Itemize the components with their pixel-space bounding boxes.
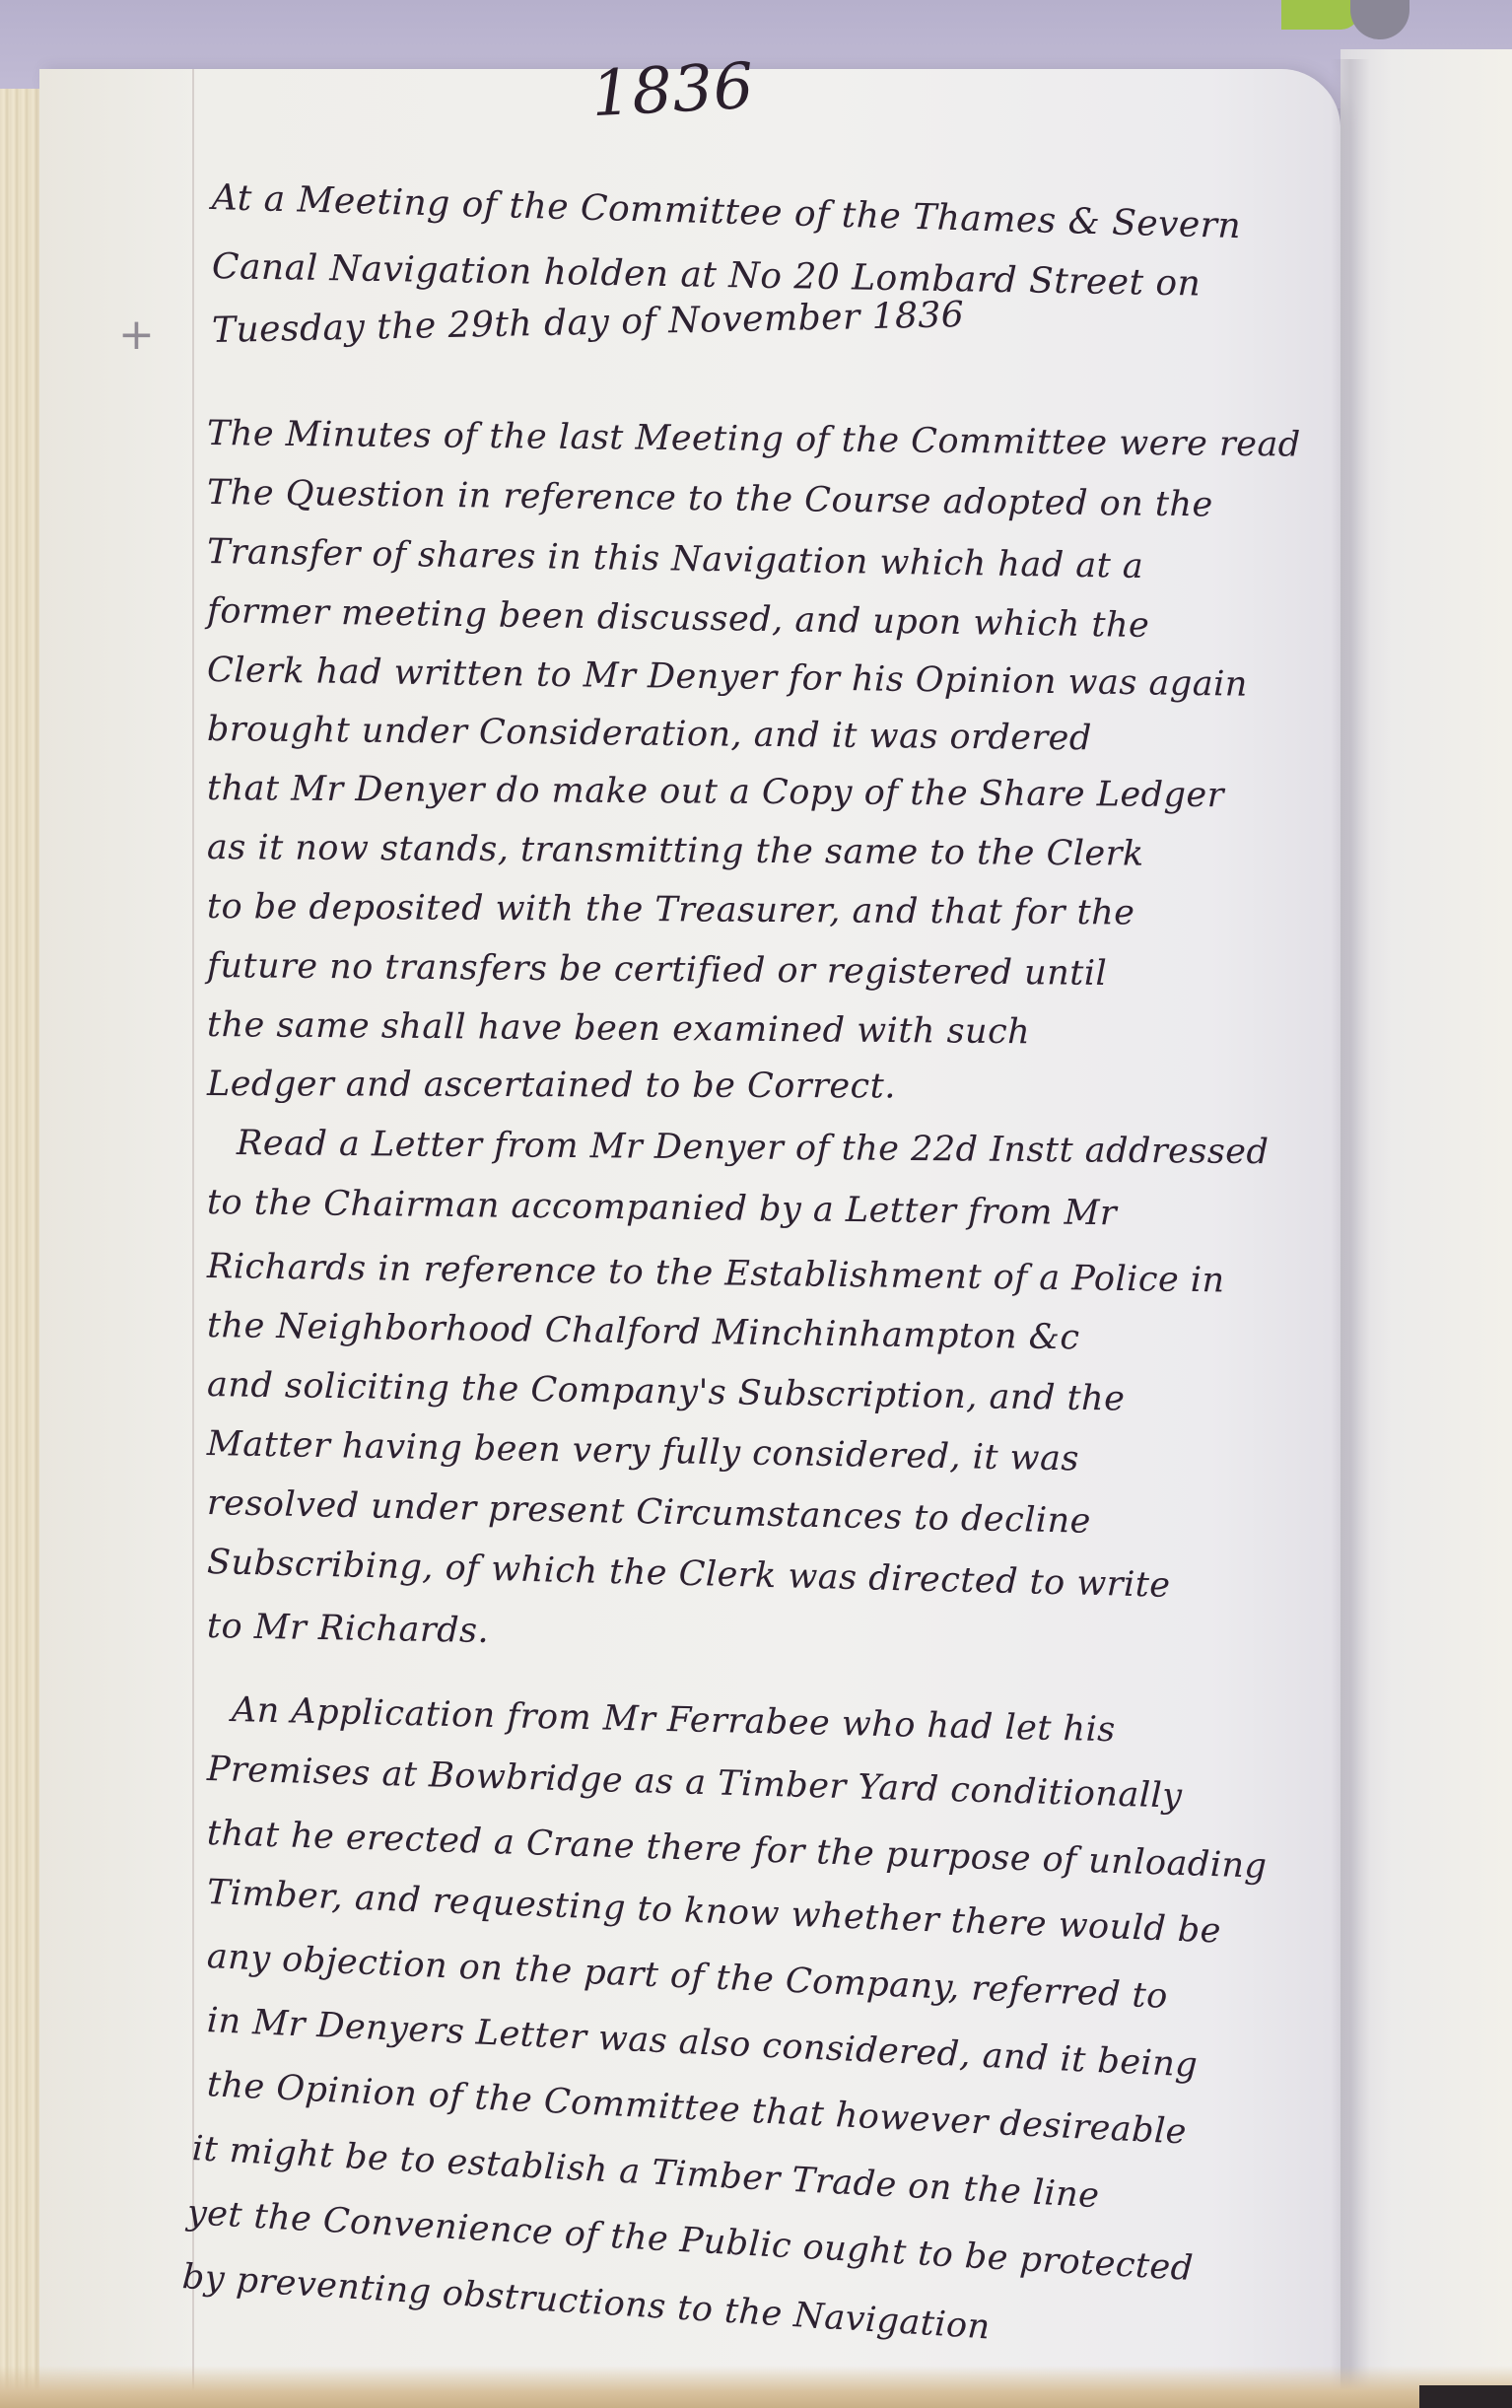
minute-line: as it now stands, transmitting the same … [207, 828, 1144, 874]
margin-rule [192, 69, 194, 2408]
minute-line: to Mr Richards. [207, 1607, 490, 1651]
margin-cross-mark: + [118, 313, 155, 357]
background-green-object [1281, 0, 1360, 30]
book-bottom-edge [0, 2366, 1512, 2408]
minute-line: Ledger and ascertained to be Correct. [207, 1065, 896, 1106]
minute-line: that Mr Denyer do make out a Copy of the… [207, 769, 1224, 815]
year-heading: 1836 [589, 50, 756, 132]
page-gutter-shadow [1331, 59, 1370, 2408]
minute-line: the same shall have been examined with s… [207, 1005, 1031, 1052]
book-cover-corner [1419, 2385, 1512, 2408]
minute-line: to be deposited with the Treasurer, and … [207, 887, 1135, 933]
minute-line: future no transfers be certified or regi… [207, 946, 1108, 994]
